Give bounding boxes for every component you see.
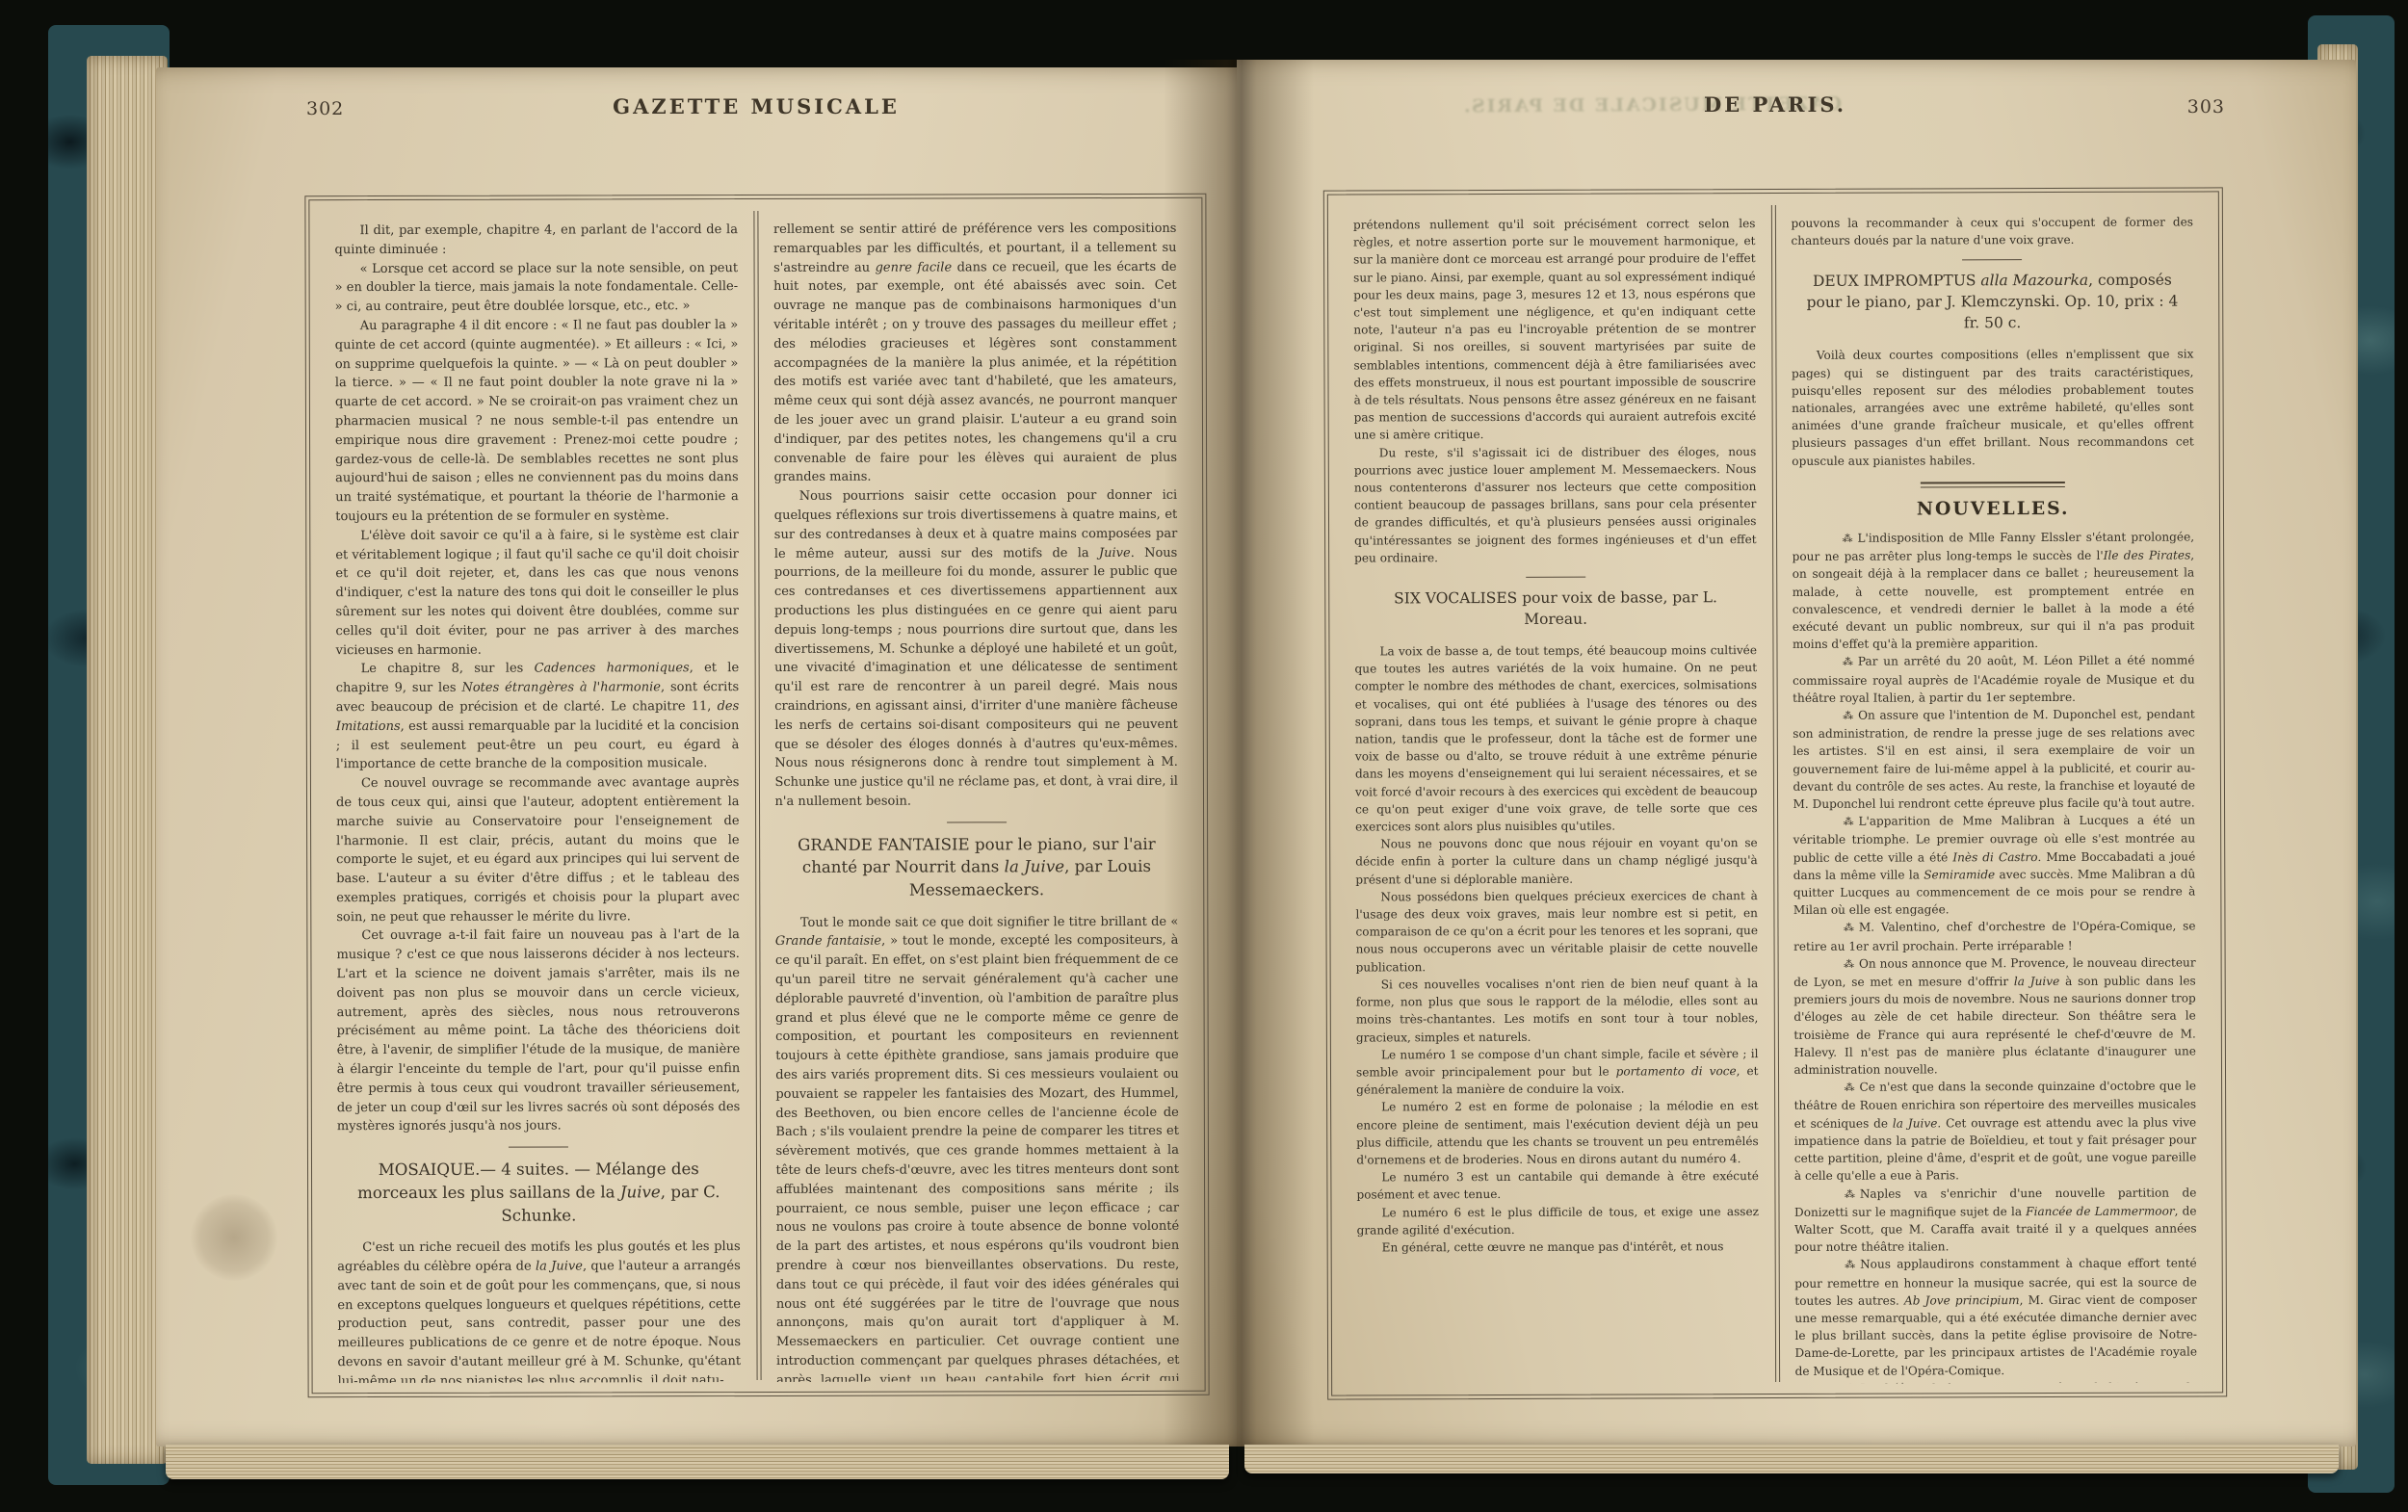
page-number-right: 303	[2138, 96, 2225, 117]
paragraph: prétendons nullement qu'il soit précisém…	[1353, 215, 1756, 444]
paragraph: Du reste, s'il s'agissait ici de distrib…	[1354, 443, 1757, 567]
section-heading: NOUVELLES.	[1792, 499, 2194, 518]
column-4: pouvons la recommander à ceux qui s'occu…	[1775, 201, 2212, 1384]
paragraph: Le chapitre 8, sur les Cadences harmoniq…	[336, 659, 740, 774]
asterism-icon: ⁂	[1819, 956, 1853, 974]
article-heading: SIX VOCALISES pour voix de basse, par L.…	[1360, 587, 1751, 631]
right-text-frame: prétendons nullement qu'il soit précisém…	[1323, 187, 2227, 1399]
paper-stain	[191, 1194, 277, 1281]
paragraph: Le numéro 1 se compose d'un chant simple…	[1356, 1045, 1759, 1099]
paragraph: En général, cette œuvre ne manque pas d'…	[1357, 1238, 1760, 1257]
news-item: ⁂Nous applaudirons constamment à chaque …	[1794, 1255, 2197, 1380]
paragraph: Le numéro 3 est un cantabile qui demande…	[1356, 1167, 1759, 1204]
paragraph: L'élève doit savoir ce qu'il a à faire, …	[335, 526, 739, 661]
paragraph: Voilà deux courtes compositions (elles n…	[1792, 346, 2194, 470]
running-title-left: GAZETTE MUSICALE	[308, 94, 1204, 118]
paragraph: pouvons la recommander à ceux qui s'occu…	[1791, 213, 2193, 249]
paragraph: Le numéro 2 est en forme de polonaise ; …	[1356, 1097, 1759, 1168]
news-item: ⁂Le théâtre de la Bourse promet à ses ha…	[1795, 1378, 2198, 1384]
left-text-frame: Il dit, par exemple, chapitre 4, en parl…	[304, 194, 1209, 1397]
paragraph: Le numéro 6 est le plus difficile de tou…	[1356, 1203, 1759, 1239]
divider-rule	[1962, 260, 2022, 261]
paragraph: Nous pourrions saisir cette occasion pou…	[774, 486, 1178, 812]
paragraph: Au paragraphe 4 il dit encore : « Il ne …	[335, 316, 739, 527]
divider-rule	[509, 1147, 568, 1148]
divider-rule	[1526, 577, 1585, 578]
asterism-icon: ⁂	[1819, 1080, 1854, 1097]
right-columns: prétendons nullement qu'il soit précisém…	[1338, 201, 2212, 1385]
paragraph: Cet ouvrage a-t-il fait faire un nouveau…	[336, 926, 740, 1137]
running-title-right: DE PARIS.	[1327, 92, 2223, 117]
paragraph: rellement se sentir attiré de préférence…	[773, 220, 1177, 487]
news-item: ⁂L'apparition de Mme Malibran à Lucques …	[1793, 812, 2196, 920]
paragraph: Tout le monde sait ce que doit signifier…	[775, 912, 1180, 1382]
paragraph: Il dit, par exemple, chapitre 4, en parl…	[334, 221, 738, 260]
left-columns: Il dit, par exemple, chapitre 4, en parl…	[319, 208, 1194, 1383]
paragraph: C'est un riche recueil des motifs les pl…	[337, 1238, 741, 1383]
news-item: ⁂Par un arrêté du 20 août, M. Léon Pille…	[1793, 652, 2195, 707]
paragraph: La voix de basse a, de tout temps, été b…	[1354, 641, 1757, 836]
book-scan: 302 GAZETTE MUSICALE GAZETTE MUSICALE DE…	[0, 0, 2408, 1512]
news-item: ⁂On assure que l'intention de M. Duponch…	[1793, 705, 2195, 813]
right-text-frame-inner-rule: prétendons nullement qu'il soit précisém…	[1327, 191, 2223, 1395]
asterism-icon: ⁂	[1818, 654, 1852, 671]
asterism-icon: ⁂	[1818, 708, 1852, 725]
column-2: rellement se sentir attiré de préférence…	[758, 208, 1195, 1382]
article-heading: DEUX IMPROMPTUS alla Mazourka, composés …	[1797, 271, 2188, 335]
asterism-icon: ⁂	[1819, 920, 1853, 937]
bottom-page-edges-left	[166, 1445, 1229, 1479]
bottom-page-edges-right	[1244, 1445, 2339, 1473]
news-item: ⁂M. Valentino, chef d'orchestre de l'Opé…	[1793, 918, 2196, 955]
paragraph: Nous possédons bien quelques précieux ex…	[1355, 887, 1758, 976]
paragraph: Si ces nouvelles vocalises n'ont rien de…	[1356, 975, 1759, 1046]
asterism-icon: ⁂	[1820, 1380, 1855, 1384]
left-text-frame-inner-rule: Il dit, par exemple, chapitre 4, en parl…	[308, 197, 1205, 1394]
paragraph: « Lorsque cet accord se place sur la not…	[335, 259, 739, 317]
asterism-icon: ⁂	[1818, 531, 1852, 548]
news-item: ⁂L'indisposition de Mlle Fanny Elssler s…	[1793, 528, 2195, 653]
paragraph: Ce nouvel ouvrage se recommande avec ava…	[336, 773, 740, 926]
asterism-icon: ⁂	[1819, 1257, 1854, 1274]
article-heading: MOSAIQUE.— 4 suites. — Mélange des morce…	[343, 1158, 735, 1227]
divider-rule	[1921, 482, 2065, 488]
article-heading: GRANDE FANTAISIE pour le piano, sur l'ai…	[781, 833, 1173, 902]
news-item: ⁂Ce n'est que dans la seconde quinzaine …	[1794, 1078, 2197, 1186]
column-3: prétendons nullement qu'il soit précisém…	[1338, 203, 1775, 1386]
column-1: Il dit, par exemple, chapitre 4, en parl…	[319, 209, 756, 1383]
asterism-icon: ⁂	[1819, 814, 1853, 831]
asterism-icon: ⁂	[1819, 1186, 1854, 1203]
news-item: ⁂Naples va s'enrichir d'une nouvelle par…	[1794, 1184, 2197, 1256]
divider-rule	[947, 821, 1007, 822]
news-item: ⁂On nous annonce que M. Provence, le nou…	[1793, 953, 2196, 1079]
paragraph: Nous ne pouvons donc que nous réjouir en…	[1355, 834, 1758, 888]
